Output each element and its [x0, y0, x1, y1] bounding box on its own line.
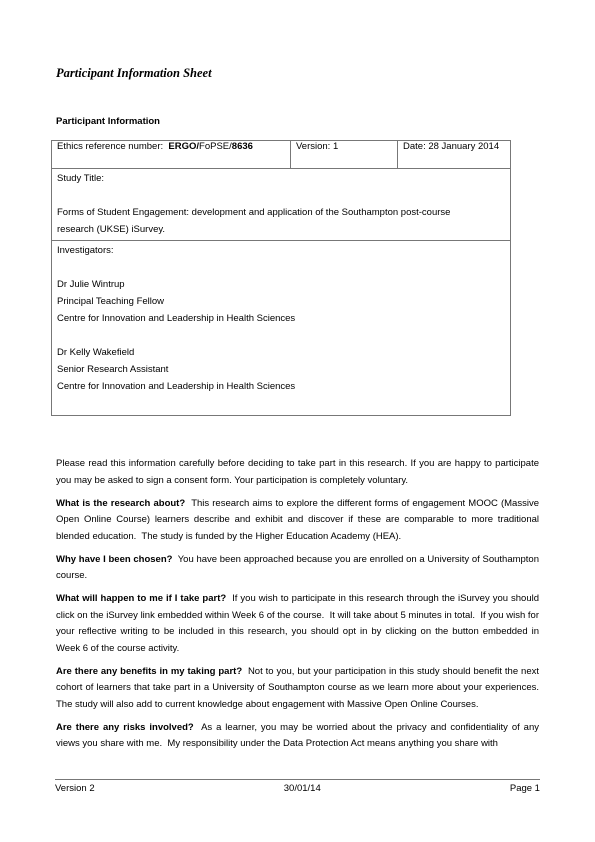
paragraph-what-will-happen: What will happen to me if I take part? I… — [56, 591, 539, 657]
study-info-table: Ethics reference number: ERGO/FoPSE/8636… — [51, 140, 511, 416]
study-title-cell: Study Title: Forms of Student Engagement… — [52, 169, 511, 241]
investigators-label: Investigators: — [57, 242, 505, 259]
footer-date: 30/01/14 — [284, 783, 321, 794]
paragraph-risks: Are there any risks involved? As a learn… — [56, 720, 539, 753]
investigator-name: Dr Julie Wintrup — [57, 276, 505, 293]
intro-paragraph: Please read this information carefully b… — [56, 456, 539, 489]
study-title-line-1: Forms of Student Engagement: development… — [57, 204, 505, 221]
paragraph-heading: What is the research about? — [56, 498, 185, 509]
date-cell: Date: 28 January 2014 — [398, 141, 511, 169]
document-title: Participant Information Sheet — [56, 66, 212, 81]
paragraph-heading: Are there any risks involved? — [56, 722, 194, 733]
ethics-reference-cell: Ethics reference number: ERGO/FoPSE/8636 — [52, 141, 291, 169]
page-footer: Version 2 30/01/14 Page 1 — [55, 779, 540, 794]
paragraph-heading: Are there any benefits in my taking part… — [56, 666, 242, 677]
ethics-label: Ethics reference number: — [57, 141, 163, 152]
paragraph-why-chosen: Why have I been chosen? You have been ap… — [56, 552, 539, 585]
paragraph-benefits: Are there any benefits in my taking part… — [56, 664, 539, 714]
investigator-role: Senior Research Assistant — [57, 361, 505, 378]
investigator-role: Principal Teaching Fellow — [57, 293, 505, 310]
version-cell: Version: 1 — [291, 141, 398, 169]
section-heading: Participant Information — [56, 116, 160, 127]
ethics-ref-number: 8636 — [232, 141, 253, 152]
investigator-dept: Centre for Innovation and Leadership in … — [57, 378, 505, 395]
footer-page-number: Page 1 — [510, 783, 540, 794]
investigator-dept: Centre for Innovation and Leadership in … — [57, 310, 505, 327]
paragraph-heading: What will happen to me if I take part? — [56, 593, 226, 604]
paragraph-research-about: What is the research about? This researc… — [56, 496, 539, 546]
body-text: Please read this information carefully b… — [56, 456, 539, 759]
footer-version: Version 2 — [55, 783, 95, 794]
investigator-name: Dr Kelly Wakefield — [57, 344, 505, 361]
paragraph-heading: Why have I been chosen? — [56, 554, 172, 565]
study-title-line-2: research (UKSE) iSurvey. — [57, 221, 505, 238]
ethics-ref-fopse: FoPSE/ — [199, 141, 232, 152]
investigators-cell: Investigators: Dr Julie Wintrup Principa… — [52, 241, 511, 416]
study-title-label: Study Title: — [57, 170, 505, 187]
ethics-ref-ergo: ERGO/ — [168, 141, 199, 152]
